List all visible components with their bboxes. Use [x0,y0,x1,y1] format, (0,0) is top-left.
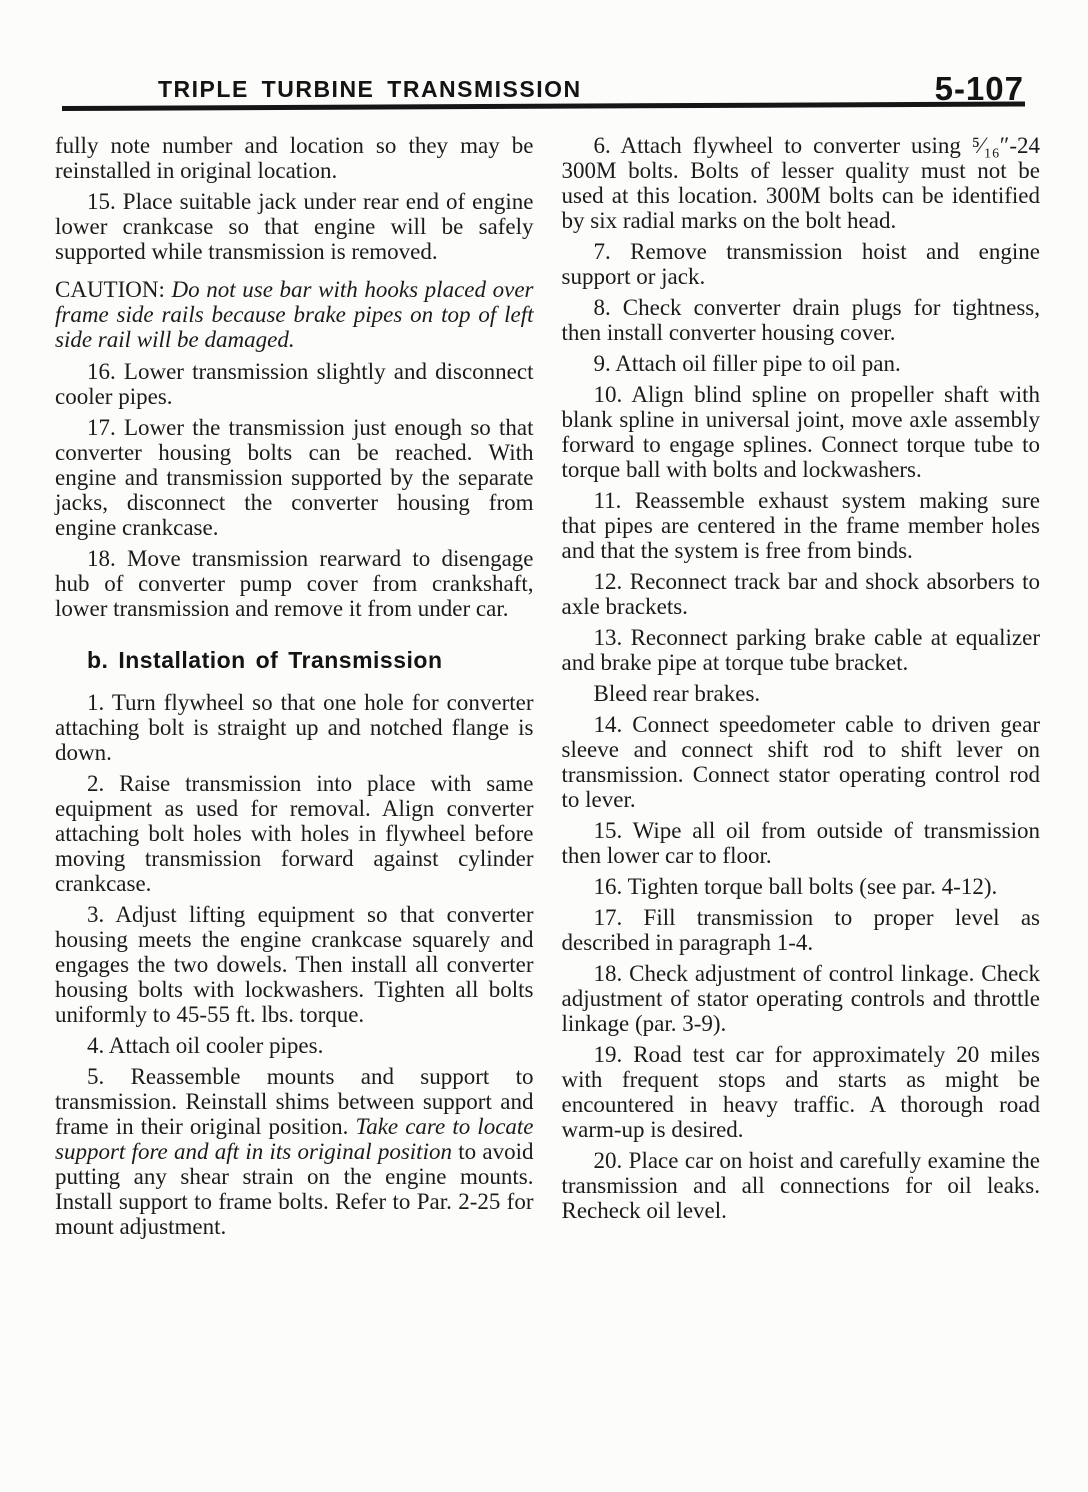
paragraph-step-10: 10. Align blind spline on propeller shaf… [562,382,1041,482]
paragraph-step-12: 12. Reconnect track bar and shock absorb… [562,569,1041,619]
paragraph-step-9: 9. Attach oil filler pipe to oil pan. [562,351,1041,376]
paragraph-install-5: 5. Reassemble mounts and support to tran… [55,1064,534,1239]
paragraph-install-4: 4. Attach oil cooler pipes. [55,1033,534,1058]
paragraph-step-13: 13. Reconnect parking brake cable at equ… [562,625,1041,675]
paragraph-step-20: 20. Place car on hoist and carefully exa… [562,1148,1041,1223]
paragraph-step-17: 17. Lower the transmission just enough s… [55,415,534,540]
paragraph-step-18-install: 18. Check adjustment of control linkage.… [562,961,1041,1036]
paragraph-install-2: 2. Raise transmission into place with sa… [55,771,534,896]
paragraph-step-7: 7. Remove transmission hoist and engine … [562,239,1041,289]
paragraph-step-14: 14. Connect speedometer cable to driven … [562,712,1041,812]
manual-page: TRIPLE TURBINE TRANSMISSION 5-107 fully … [0,0,1088,1492]
caution-label: CAUTION: [55,277,172,302]
paragraph-continuation: fully note number and location so they m… [55,133,534,183]
paragraph-step-16: 16. Lower transmission slightly and disc… [55,359,534,409]
paragraph-caution: CAUTION: Do not use bar with hooks place… [55,277,534,352]
section-heading-installation: b. Installation of Transmission [55,648,534,673]
paragraph-install-3: 3. Adjust lifting equipment so that conv… [55,902,534,1027]
paragraph-step-17-install: 17. Fill transmission to proper level as… [562,905,1041,955]
paragraph-step-15: 15. Place suitable jack under rear end o… [55,189,534,264]
right-column: 6. Attach flywheel to converter using ⁵⁄… [562,133,1041,1239]
paragraph-step-6: 6. Attach flywheel to converter using ⁵⁄… [562,133,1041,233]
paragraph-step-18: 18. Move transmission rearward to diseng… [55,546,534,621]
page-title: TRIPLE TURBINE TRANSMISSION [158,76,582,103]
paragraph-step-19: 19. Road test car for approximately 20 m… [562,1042,1041,1142]
left-column: fully note number and location so they m… [55,133,534,1239]
paragraph-step-15-install: 15. Wipe all oil from outside of transmi… [562,818,1041,868]
paragraph-bleed-note: Bleed rear brakes. [562,681,1041,706]
paragraph-step-11: 11. Reassemble exhaust system making sur… [562,488,1041,563]
content-columns: fully note number and location so they m… [55,133,1040,1239]
paragraph-step-16-install: 16. Tighten torque ball bolts (see par. … [562,874,1041,899]
paragraph-install-1: 1. Turn flywheel so that one hole for co… [55,690,534,765]
paragraph-step-8: 8. Check converter drain plugs for tight… [562,295,1041,345]
